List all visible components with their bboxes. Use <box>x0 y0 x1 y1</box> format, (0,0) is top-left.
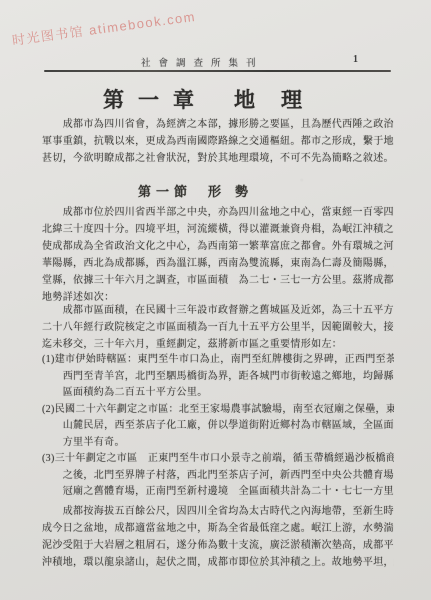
text-line: 二十八年經行政院核定之市區面積為一百九十五平方公里半，因範圍較大，接收未周， <box>42 319 394 336</box>
text-line: 之後，北門至界牌子村落，西北門至茶店子河，新西門至中央公共體育場，西南門至衣 <box>42 468 394 485</box>
text-line: 成都市區面積，在民國十三年設市政督辦之舊城區及近郊，為三十五平方公里弱， <box>42 302 394 319</box>
page-number: 1 <box>353 54 358 65</box>
section-heading: 第一節形勢 <box>0 181 400 200</box>
text-line: 北緯三十度四十分。四境平坦，河流縱橫，得以灌溉兼資舟楫，為岷江沖積之平原，遂 <box>42 221 394 238</box>
chapter-heading: 第一章地理 <box>0 84 431 114</box>
paragraph-location: 成都市位於四川省西半部之中央，亦為四川盆地之中心，當東經一百零四度四分，北緯三十… <box>42 204 394 306</box>
section-title: 形勢 <box>208 184 262 199</box>
text-line: (2)民國二十六年劃定之市區：北至王家場農事試驗場，南至衣冠廟之保壘，東至鳳凰 <box>42 402 394 419</box>
text-line: 區面積約為二百五十平方公里。 <box>42 385 394 402</box>
text-line: 使成都成為全省政治文化之中心，為西南第一繁華富庶之都會。外有環城之河。市屬東界 <box>42 238 394 255</box>
text-line: 堂縣，依據三十年六月之調查，市區面積 為二七・三七一方公里。茲將成都市之面積及 <box>42 272 394 289</box>
text-line: (3)三十年劃定之市區 正東門至牛市口小景寺之前端，循玉帶橋經過沙板橋商業學校 <box>42 451 394 468</box>
text-line: 迄未移交，三十年六月，重經劃定，茲將新市區之重要情形如左： <box>42 336 394 353</box>
text-line: 冠廟之舊體育場，正南門至新村邊境 全區面積共計為二十・七七一方里。 <box>42 484 394 501</box>
header-divider-rule <box>44 70 391 72</box>
library-watermark: 时光图书馆 atimebook.com <box>11 6 197 49</box>
paragraph-terrain: 成都按海拔五百餘公尺，因四川全省均為太古時代之內海地帶，至新生時代，四周隆起成今… <box>42 503 394 571</box>
section-number: 第一節 <box>138 184 192 199</box>
text-line: 成都按海拔五百餘公尺，因四川全省均為太古時代之內海地帶，至新生時代，四周隆起 <box>42 503 394 520</box>
text-line: 方里半有奇。 <box>42 435 394 452</box>
text-line: 成今日之盆地，成都適當盆地之中，斯為全省最低窪之處。岷江上游，水勢湍急，挾運 <box>42 520 394 537</box>
text-line: 西門至青羊宮，北門至駟馬橋街為界，距各城門市街較遠之鄉地，均歸縣方管轄，市 <box>42 369 394 386</box>
text-line: (1)建市伊始時轄區：東門至牛市口為止，南門至紅牌樓街之界碑，正西門至茶店子祠，… <box>42 352 394 369</box>
paragraph-intro: 成都市為四川省會，為經濟之本部，據形勝之要區，且為歷代西陲之政治中心，軍事重鎮，… <box>42 116 394 167</box>
running-header-book-title: 社會調查所集刊 <box>141 55 264 69</box>
running-header: 社會調查所集刊 1 <box>45 55 390 70</box>
paragraph-area: 成都市區面積，在民國十三年設市政督辦之舊城區及近郊，為三十五平方公里弱，二十八年… <box>42 302 394 353</box>
district-boundary-list: (1)建市伊始時轄區：東門至牛市口為止，南門至紅牌樓街之界碑，正西門至茶店子祠，… <box>42 352 394 501</box>
text-line: 成都市位於四川省西半部之中央，亦為四川盆地之中心，當東經一百零四度四分， <box>42 204 394 221</box>
text-line: 華陽縣，西北為成都縣，西為溫江縣，西南為雙流縣，東南為仁壽及簡陽縣，東北為金 <box>42 255 394 272</box>
text-line: 成都市為四川省會，為經濟之本部，據形勝之要區，且為歷代西陲之政治中心， <box>42 116 394 133</box>
scanned-book-page: 时光图书馆 atimebook.com 社會調查所集刊 1 第一章地理 成都市為… <box>0 0 431 600</box>
text-line: 軍事重鎮，抗戰以來，更成為西南國際路線之交通樞紐。都市之形成，繫于地理環境者 <box>42 133 394 150</box>
text-line: 沖積地，環以龍泉諸山，起伏之間，成都市即位於其沖積之上。故地勢平坦，絕少大山，蓋 <box>42 554 394 571</box>
chapter-number: 第一章 <box>103 88 208 112</box>
text-line: 山麓民居，西至茶店子化工廠，併以學道街附近鄉村為市轄區域，全區面積約計十三 <box>42 418 394 435</box>
chapter-title: 地理 <box>234 88 328 112</box>
text-line: 泥沙受阻于大岩層之粗屑石，遂分佈為數十支流，廣泛淤積漸次墊高，成都平原乃成一廣大 <box>42 537 394 554</box>
text-line: 甚切，今欲明瞭成都之社會狀況，對於其地理環境，不可不先為簡略之敘述。 <box>42 150 394 167</box>
